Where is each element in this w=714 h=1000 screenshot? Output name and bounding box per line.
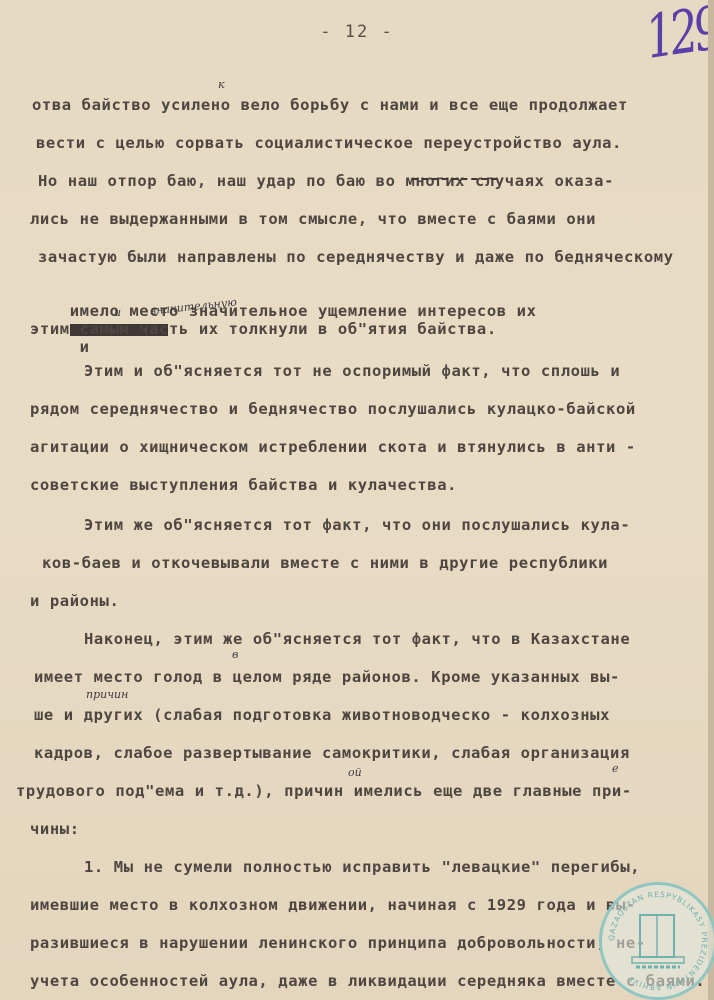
- text-line-12: Этим же об"ясняется тот факт, что они по…: [84, 516, 630, 534]
- text-line-5: зачастую были направлены по середнячеств…: [38, 248, 674, 266]
- text-line-15: Наконец, этим же об"ясняется тот факт, ч…: [84, 630, 630, 648]
- annotation-1: к: [218, 78, 225, 91]
- svg-text:QAZAQSTAN RESPYBLIKASY PREZIDE: QAZAQSTAN RESPYBLIKASY PREZIDENTINIŃ ARH…: [607, 890, 709, 992]
- text-line-20: чины:: [30, 820, 80, 838]
- page-number: - 12 -: [0, 22, 714, 42]
- text-line-13: ков-баев и откочевывали вместе с ними в …: [42, 554, 608, 572]
- text-line-6-tail: и: [70, 338, 90, 356]
- text-line-18: кадров, слабое развертывание самокритики…: [34, 744, 630, 762]
- text-line-19: трудового под"ема и т.д.), причин имелис…: [16, 782, 632, 800]
- text-line-22: имевшие место в колхозном движении, начи…: [30, 896, 636, 914]
- archive-stamp: QAZAQSTAN RESPYBLIKASY PREZIDENTINIŃ ARH…: [599, 882, 714, 1000]
- text-line-2: вести с целью сорвать социалистическое п…: [36, 134, 622, 152]
- text-line-10: агитации о хищническом истреблении скота…: [30, 438, 636, 456]
- text-line-6-content: имело место значительное ущемление интер…: [70, 302, 537, 320]
- text-line-16: имеет место голод в целом ряде районов. …: [34, 668, 620, 686]
- annotation-7a: и: [114, 306, 121, 319]
- annotation-16: в: [232, 648, 238, 661]
- document-page: - 12 - 129 отва байство усилено вело бор…: [0, 0, 709, 1000]
- text-line-7: этим самым часть их толкнули в об"ятия б…: [30, 320, 497, 338]
- text-line-11: советские выступления байства и кулачест…: [30, 476, 457, 494]
- stamp-text: QAZAQSTAN RESPYBLIKASY PREZIDENTINIŃ ARH…: [607, 890, 709, 992]
- annotation-19b: е: [612, 762, 619, 775]
- archive-building-icon: QAZAQSTAN RESPYBLIKASY PREZIDENTINIŃ ARH…: [602, 885, 714, 997]
- text-line-9: рядом середнячество и беднячество послуш…: [30, 400, 636, 418]
- text-line-4: лись не выдержанными в том смысле, что в…: [30, 210, 596, 228]
- folio-number-handwritten: 129: [642, 0, 714, 73]
- page-edge: [708, 0, 714, 1000]
- text-line-21: 1. Мы не сумели полностью исправить "лев…: [84, 858, 640, 876]
- text-line-3: Но наш отпор баю, наш удар по баю во мно…: [38, 172, 614, 190]
- annotation-17: причин: [86, 688, 128, 701]
- annotation-19a: ой: [348, 766, 362, 779]
- text-line-8: Этим и об"ясняется тот не оспоримый факт…: [84, 362, 620, 380]
- text-line-14: и районы.: [30, 592, 119, 610]
- underline-mark: [412, 178, 497, 180]
- text-line-17: ше и других (слабая подготовка животново…: [34, 706, 610, 724]
- text-line-23: разившиеся в нарушении ленинского принци…: [30, 934, 646, 952]
- text-line-1: отва байство усилено вело борьбу с нами …: [32, 96, 628, 114]
